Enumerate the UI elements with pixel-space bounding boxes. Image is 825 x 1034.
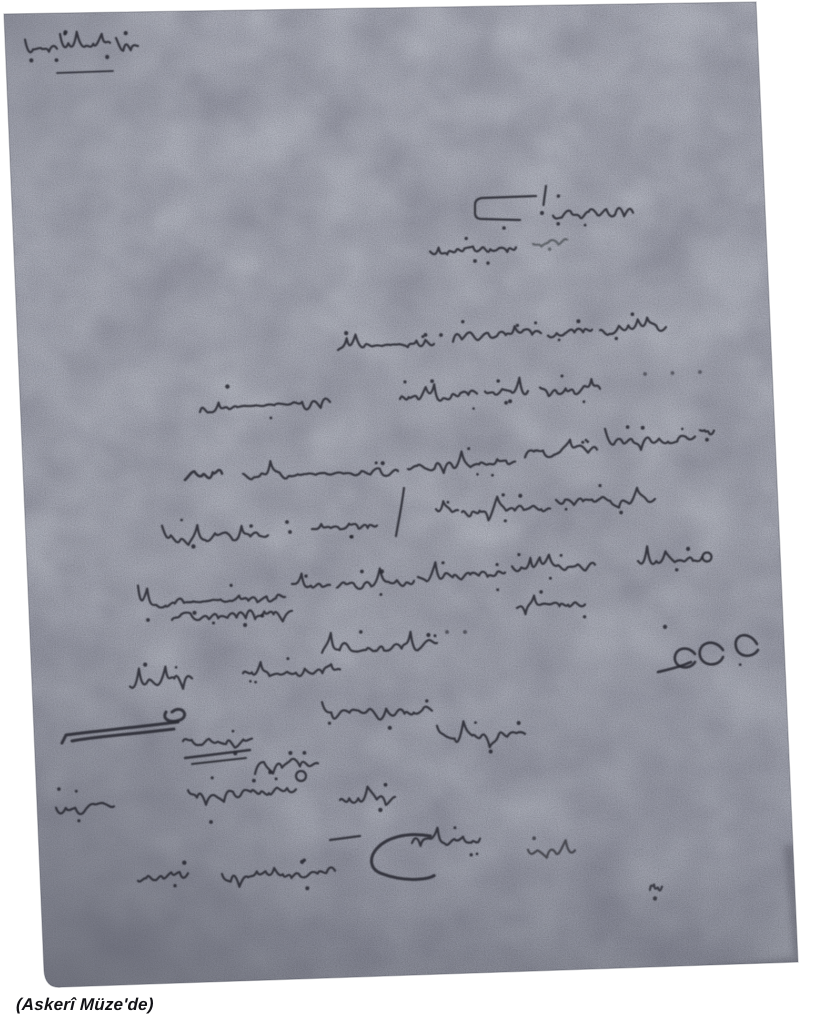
hw-dot — [359, 630, 363, 634]
hw-dot — [375, 461, 378, 464]
hw-dot — [360, 570, 364, 574]
hw-dot — [631, 312, 635, 316]
hw-dot — [502, 226, 506, 230]
hw-dot — [243, 623, 247, 627]
hw-dot — [254, 681, 257, 684]
hw-dot — [461, 320, 464, 323]
hw-dot — [556, 222, 560, 226]
hw-dot — [504, 519, 507, 522]
hw-dot — [182, 861, 186, 865]
hw-dot — [470, 853, 473, 856]
hw-dot — [518, 494, 522, 498]
hw-dot — [430, 379, 434, 383]
hw-dot — [439, 333, 443, 337]
hw-dot — [641, 426, 645, 430]
hw-dot — [467, 447, 470, 450]
hw-dot — [303, 859, 306, 862]
hw-dot — [249, 680, 252, 683]
hw-dot — [191, 544, 195, 548]
hw-dot — [328, 722, 331, 725]
hw-dot — [705, 438, 709, 442]
hw-dot — [211, 776, 214, 779]
hw-dot — [698, 370, 702, 374]
hw-dot — [275, 777, 278, 780]
hw-dot — [105, 55, 109, 59]
hw-dot — [403, 380, 406, 383]
letter-scan-svg — [0, 0, 825, 1034]
hw-dot — [465, 237, 468, 240]
hw-dot — [496, 563, 499, 566]
hw-dot — [581, 441, 584, 444]
hw-dot — [212, 622, 215, 625]
hw-dot — [598, 484, 601, 487]
hw-dot — [486, 261, 489, 264]
hw-dot — [381, 461, 385, 465]
letter-paper — [0, 0, 825, 1034]
hw-dot — [268, 770, 272, 774]
hw-dot — [583, 615, 586, 618]
hw-dot — [304, 574, 307, 577]
hw-dot — [209, 820, 213, 824]
hw-dot — [305, 886, 309, 890]
hw-dot — [380, 569, 384, 573]
hw-dot — [548, 247, 551, 250]
hw-dot — [739, 663, 742, 666]
hw-dot — [586, 440, 589, 443]
hw-dot — [303, 751, 307, 755]
hw-dot — [29, 58, 33, 62]
hw-dot — [517, 721, 521, 725]
hw-dot — [653, 896, 657, 900]
hw-dot — [230, 584, 233, 587]
hw-dot — [57, 787, 61, 791]
hw-dot — [379, 593, 382, 596]
hw-dot — [504, 401, 508, 405]
caption-text: (Askerî Müze'de) — [16, 995, 154, 1015]
hw-dot — [584, 224, 587, 227]
hw-dot — [681, 428, 684, 431]
hw-dot — [560, 554, 563, 557]
hw-dot — [286, 657, 289, 660]
hw-dot — [508, 399, 512, 403]
hw-dot — [663, 625, 667, 629]
hw-dot — [344, 331, 348, 335]
hw-dot — [192, 611, 196, 615]
hw-dot — [143, 663, 147, 667]
hw-dot — [252, 779, 256, 783]
hw-dot — [576, 319, 580, 323]
hw-dot — [496, 588, 499, 591]
hw-dot — [175, 666, 178, 669]
hw-dot — [249, 524, 253, 528]
hw-dot — [565, 508, 568, 511]
hw-dot — [474, 721, 477, 724]
hw-dot — [384, 783, 388, 787]
hw-dot — [540, 211, 544, 215]
hw-dot — [453, 826, 456, 829]
hw-dot — [517, 553, 520, 556]
hw-dot — [643, 372, 647, 376]
hw-dot — [686, 547, 690, 551]
hw-dot — [476, 853, 479, 856]
hw-dot — [445, 630, 449, 634]
hw-dot — [75, 790, 78, 793]
hw-dot — [476, 473, 479, 476]
hw-dot — [349, 535, 352, 538]
hw-dot — [539, 590, 543, 594]
hw-dot — [441, 561, 444, 564]
hw-dot — [288, 751, 292, 755]
hw-line3-comma — [439, 333, 443, 337]
hw-dot — [516, 324, 519, 327]
hw-dot — [491, 474, 494, 477]
hw-dot — [502, 493, 505, 496]
hw-dot — [447, 501, 450, 504]
hw-dot — [425, 699, 428, 702]
hw-dot — [534, 321, 537, 324]
hw-dot — [626, 425, 630, 429]
hw-dot — [270, 417, 273, 420]
hw-dot — [180, 519, 183, 522]
hw-line11-dot — [209, 820, 213, 824]
scanned-document-page: (Askerî Müze'de) — [0, 0, 825, 1034]
hw-dot — [434, 634, 437, 637]
hw-dot — [549, 577, 552, 580]
hw-dot — [63, 30, 67, 34]
hw-dot — [378, 808, 382, 812]
hw-dot — [615, 337, 618, 340]
hw-line8-dot — [146, 618, 150, 622]
hw-dot — [675, 568, 678, 571]
hw-dot — [496, 379, 500, 383]
hw-dot — [619, 511, 623, 515]
hw-dot — [124, 31, 128, 35]
hw-dot — [473, 259, 477, 263]
hw-dot — [146, 618, 150, 622]
hw-dot — [232, 730, 235, 733]
hw-dot — [288, 530, 292, 534]
hw-dot — [532, 836, 536, 840]
hw-dot — [472, 407, 475, 410]
hw-dot — [173, 884, 176, 887]
hw-dot — [388, 726, 392, 730]
hw-dot — [561, 375, 564, 378]
hw-dot — [225, 384, 229, 388]
hw-dot — [557, 194, 560, 197]
hw-dot — [489, 750, 493, 754]
hw-dot — [671, 371, 675, 375]
hw-dot — [285, 520, 289, 524]
hw-dot — [421, 335, 424, 338]
hw-dot — [558, 339, 561, 342]
hw-dot — [583, 400, 586, 403]
hw-dot — [55, 58, 59, 62]
hw-dot — [77, 819, 80, 822]
hw-dot — [463, 630, 467, 634]
hw-dot — [426, 633, 430, 637]
